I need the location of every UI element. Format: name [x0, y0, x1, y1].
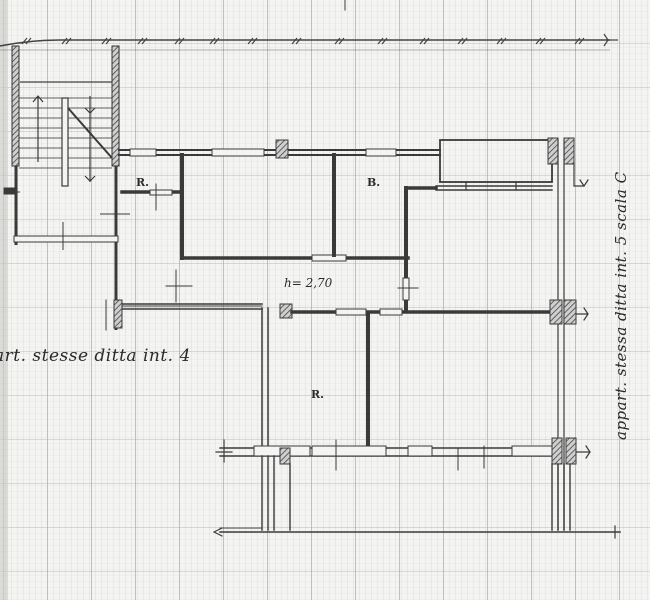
room-label-b: B.	[367, 176, 380, 189]
right-neighbor-annotation: appart. stessa ditta int. 5 scala C	[612, 171, 630, 440]
room-label-r-bottom: R.	[311, 388, 324, 401]
floor-plan: R. B. R. h= 2,70 art. stesse ditta int. …	[0, 0, 650, 600]
room-label-r-top: R.	[136, 176, 149, 189]
left-neighbor-annotation: art. stesse ditta int. 4	[0, 346, 191, 366]
floor-plan-drawing	[0, 0, 650, 600]
ceiling-height-note: h= 2,70	[284, 276, 332, 290]
